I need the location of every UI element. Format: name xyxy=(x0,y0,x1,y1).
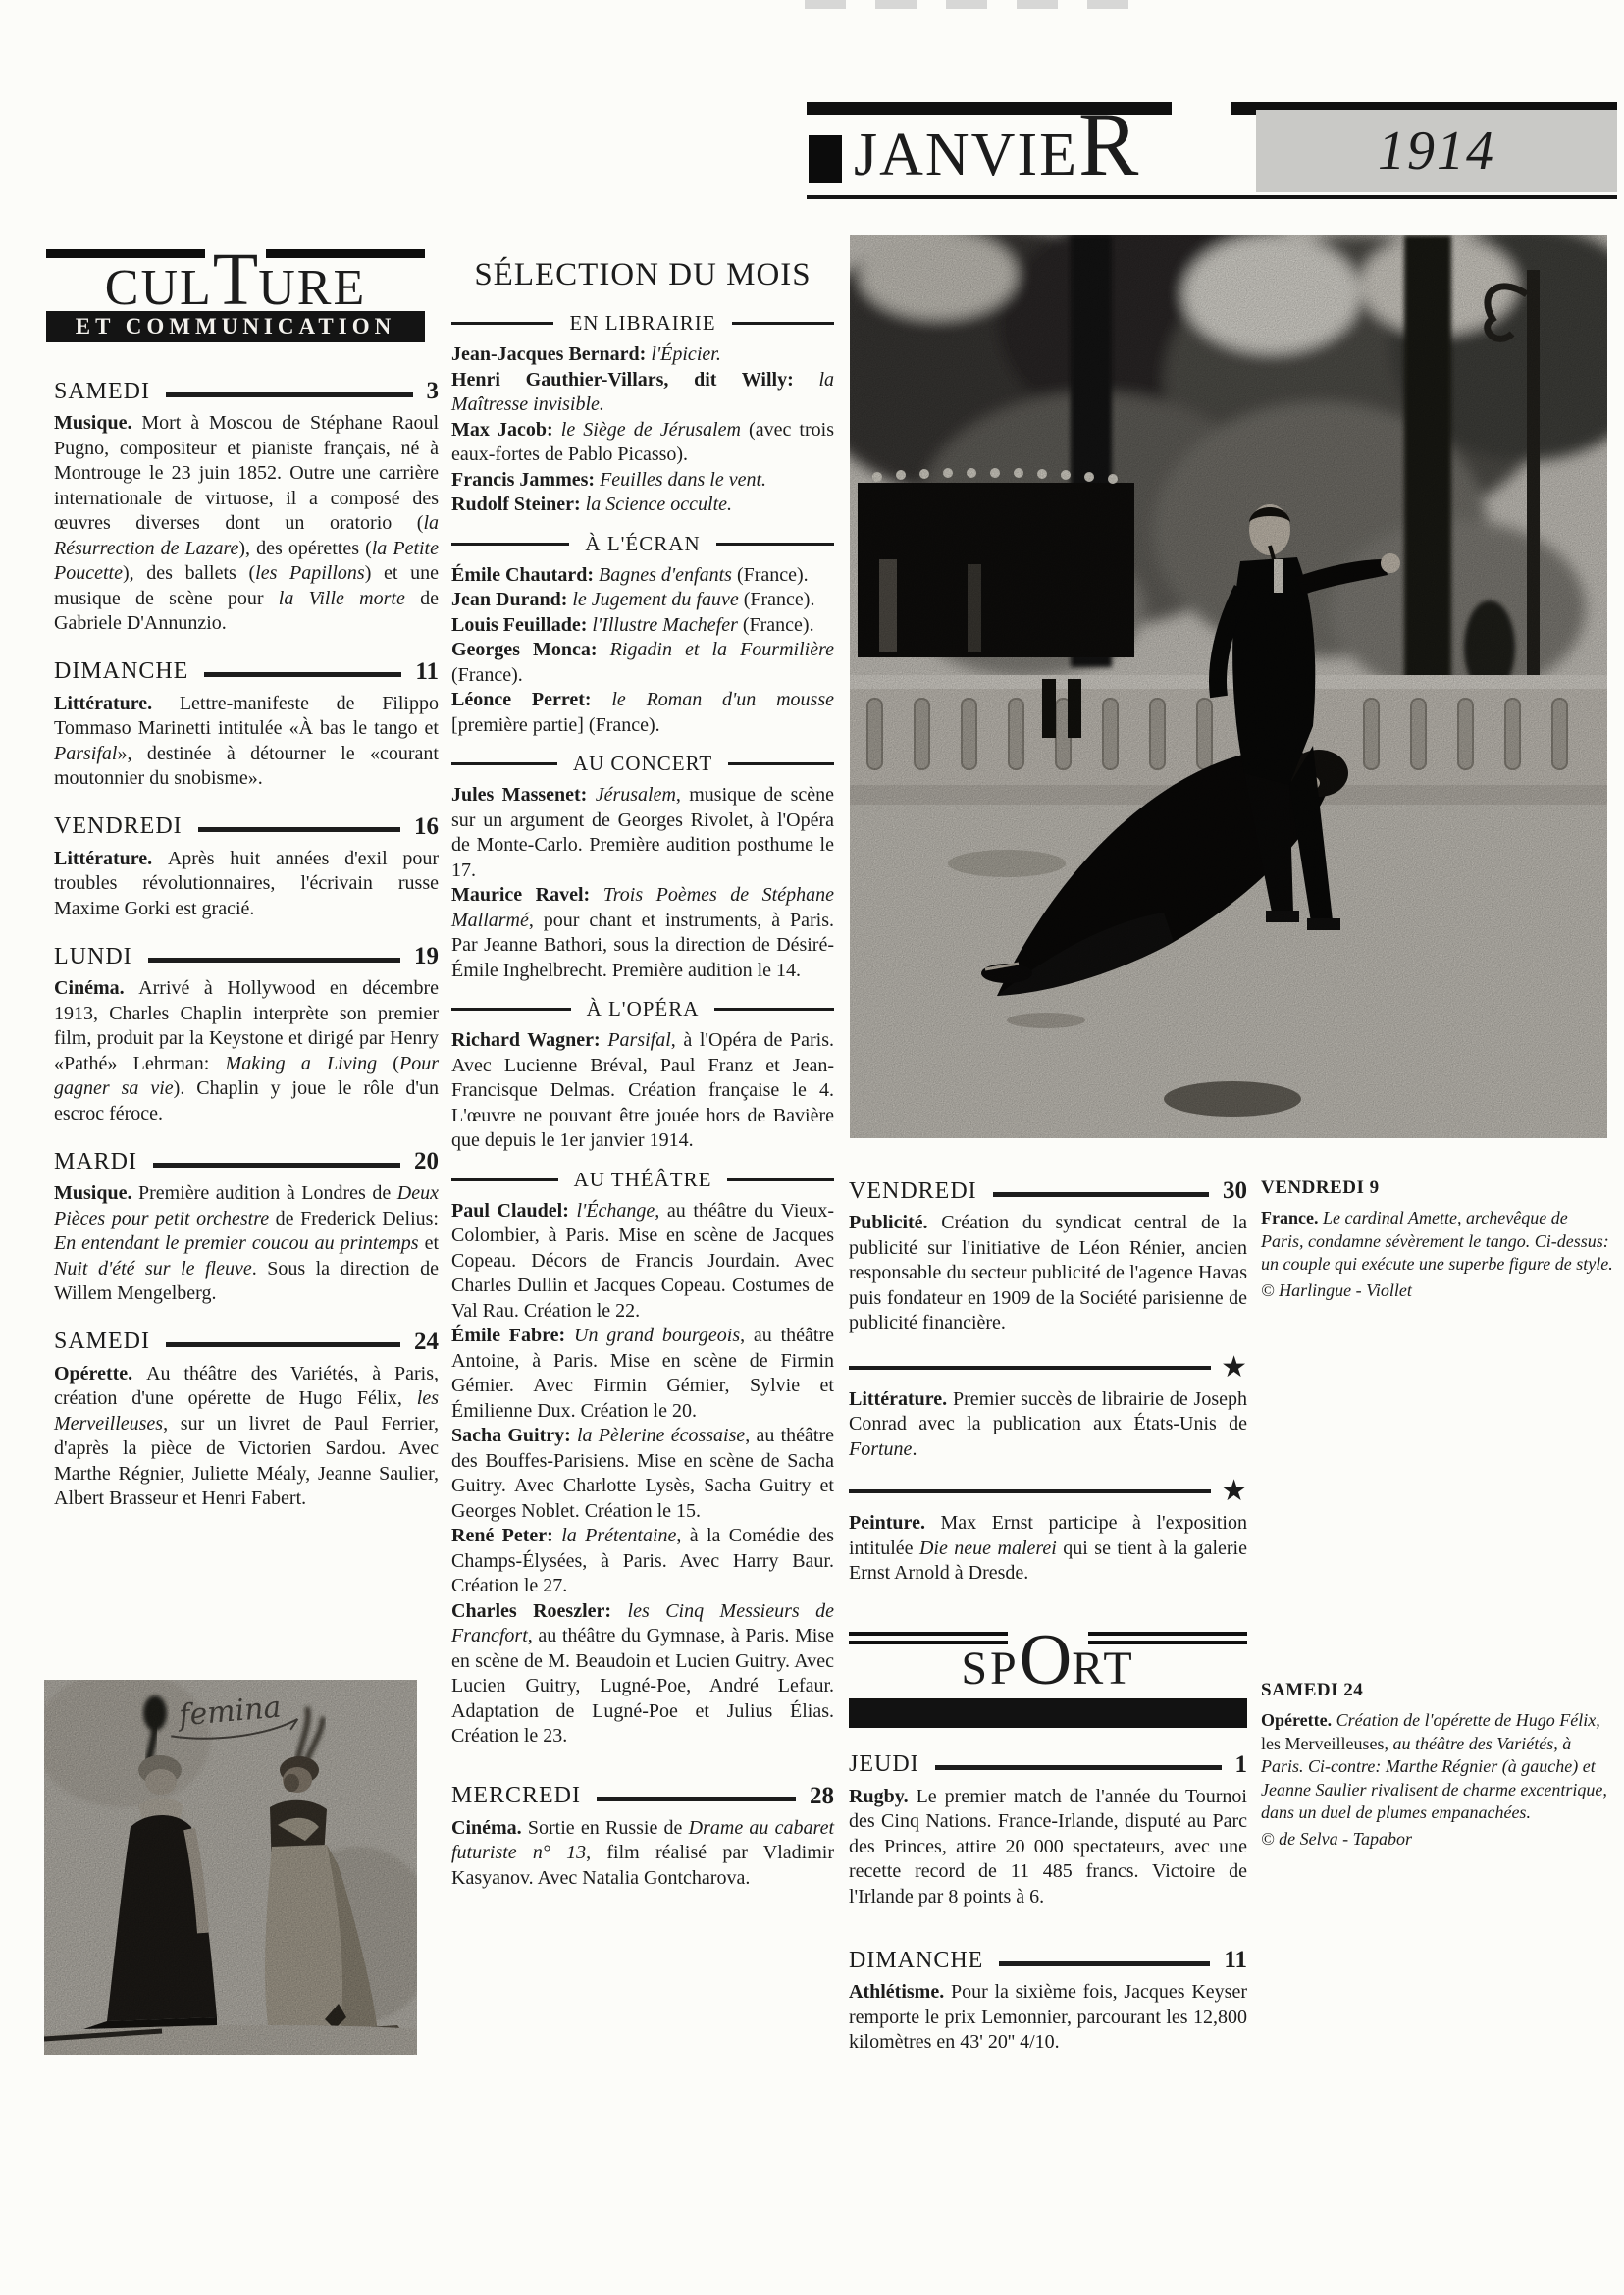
selection-section-theatre: AU THÉÂTRE Paul Claudel: l'Échange, au t… xyxy=(451,1168,834,1749)
chronicle-entry: DIMANCHE11 Athlétisme. Pour la sixième f… xyxy=(849,1947,1247,2056)
selection-section-ecran: À L'ÉCRAN Émile Chautard: Bagnes d'enfan… xyxy=(451,532,834,739)
right-column: VENDREDI30 Publicité. Création du syndic… xyxy=(849,1177,1247,2077)
chronicle-entry: MARDI20 Musique. Première audition à Lon… xyxy=(54,1148,439,1307)
selection-item: Louis Feuillade: l'Illustre Machefer (Fr… xyxy=(451,613,834,639)
tango-photo xyxy=(850,235,1607,1138)
entry-text: Littérature. Après huit années d'exil po… xyxy=(54,847,439,922)
selection-item: Henri Gauthier-Villars, dit Willy: la Ma… xyxy=(451,368,834,418)
photo-caption-tango: VENDREDI 9 France. Le cardinal Amette, a… xyxy=(1261,1177,1614,1319)
entry-text: Cinéma. Sortie en Russie de Drame au cab… xyxy=(451,1816,834,1892)
day-heading: LUNDI19 xyxy=(54,943,439,970)
left-column: SAMEDI3 Musique. Mort à Moscou de Stépha… xyxy=(54,378,439,1534)
day-heading: VENDREDI30 xyxy=(849,1177,1247,1205)
section-heading: À L'ÉCRAN xyxy=(451,532,834,556)
culture-section-header: CULTURE ET COMMUNICATION xyxy=(46,245,425,342)
selection-item: René Peter: la Prétentaine, à la Comédie… xyxy=(451,1524,834,1599)
selection-item: Paul Claudel: l'Échange, au théâtre du V… xyxy=(451,1199,834,1325)
selection-item: Émile Chautard: Bagnes d'enfants (France… xyxy=(451,563,834,589)
year-label: 1914 xyxy=(1378,120,1495,183)
femina-photo: femina xyxy=(44,1680,417,2055)
month-title-big-letter: R xyxy=(1078,100,1138,188)
star-icon: ★ xyxy=(1221,1482,1247,1501)
masthead-underline xyxy=(807,195,1617,199)
scan-marks xyxy=(805,0,1128,9)
sport-section-header: SPORT xyxy=(849,1632,1247,1728)
brief-item: Littérature. Premier succès de librairie… xyxy=(849,1387,1247,1463)
selection-item: Georges Monca: Rigadin et la Fourmilière… xyxy=(451,638,834,688)
chronicle-entry: DIMANCHE11 Littérature. Lettre-manifeste… xyxy=(54,658,439,792)
day-heading: VENDREDI16 xyxy=(54,813,439,841)
selection-item: Francis Jammes: Feuilles dans le vent. xyxy=(451,468,834,494)
photo-caption-operette: SAMEDI 24 Opérette. Création de l'opéret… xyxy=(1261,1680,1614,1867)
chronicle-entry: VENDREDI16 Littérature. Après huit année… xyxy=(54,813,439,922)
selection-title: SÉLECTION DU MOIS xyxy=(451,257,834,293)
selection-item: Sacha Guitry: la Pèlerine écossaise, au … xyxy=(451,1424,834,1524)
day-heading: SAMEDI3 xyxy=(54,378,439,405)
caption-text: France. Le cardinal Amette, archevêque d… xyxy=(1261,1207,1614,1277)
entry-text: Publicité. Création du syndicat central … xyxy=(849,1211,1247,1336)
culture-subtitle-bar: ET COMMUNICATION xyxy=(46,311,425,342)
selection-item: Richard Wagner: Parsifal, à l'Opéra de P… xyxy=(451,1028,834,1154)
entry-text: Musique. Première audition à Londres de … xyxy=(54,1181,439,1307)
month-bullet-square xyxy=(809,135,842,183)
month-title: JANVIER xyxy=(854,100,1138,190)
entry-text: Opérette. Au théâtre des Variétés, à Par… xyxy=(54,1362,439,1512)
selection-item: Jean Durand: le Jugement du fauve (Franc… xyxy=(451,588,834,613)
selection-section-opera: À L'OPÉRA Richard Wagner: Parsifal, à l'… xyxy=(451,997,834,1154)
selection-section-librairie: EN LIBRAIRIE Jean-Jacques Bernard: l'Épi… xyxy=(451,311,834,518)
chronicle-entry: SAMEDI3 Musique. Mort à Moscou de Stépha… xyxy=(54,378,439,637)
selection-item: Jules Massenet: Jérusalem, musique de sc… xyxy=(451,783,834,883)
selection-item: Léonce Perret: le Roman d'un mousse [pre… xyxy=(451,688,834,738)
selection-section-concert: AU CONCERT Jules Massenet: Jérusalem, mu… xyxy=(451,752,834,983)
day-heading: MARDI20 xyxy=(54,1148,439,1175)
entry-text: Musique. Mort à Moscou de Stéphane Raoul… xyxy=(54,411,439,637)
star-divider: ★ xyxy=(849,1482,1247,1501)
star-divider: ★ xyxy=(849,1358,1247,1378)
section-heading: EN LIBRAIRIE xyxy=(451,311,834,336)
magazine-page: JANVIER 1914 CULTURE ET COMMUNICATION SA… xyxy=(0,0,1624,2295)
day-heading: JEUDI1 xyxy=(849,1751,1247,1779)
day-heading: MERCREDI28 xyxy=(451,1783,834,1810)
sport-black-bar xyxy=(849,1698,1247,1728)
selection-column: SÉLECTION DU MOIS EN LIBRAIRIE Jean-Jacq… xyxy=(451,257,834,1912)
photo-credit: © Harlingue - Viollet xyxy=(1261,1280,1614,1301)
caption-day: SAMEDI 24 xyxy=(1261,1680,1614,1701)
entry-text: Athlétisme. Pour la sixième fois, Jacque… xyxy=(849,1980,1247,2056)
section-heading: AU CONCERT xyxy=(451,752,834,776)
year-box: 1914 xyxy=(1256,110,1617,192)
month-title-text: JANVIE xyxy=(854,111,1078,199)
culture-subtitle: ET COMMUNICATION xyxy=(76,314,395,339)
day-heading: DIMANCHE11 xyxy=(849,1947,1247,1974)
chronicle-entry: MERCREDI28 Cinéma. Sortie en Russie de D… xyxy=(451,1783,834,1892)
selection-item: Jean-Jacques Bernard: l'Épicier. xyxy=(451,342,834,368)
entry-text: Rugby. Le premier match de l'année du To… xyxy=(849,1785,1247,1910)
caption-day: VENDREDI 9 xyxy=(1261,1177,1614,1199)
selection-item: Rudolf Steiner: la Science occulte. xyxy=(451,493,834,518)
brief-item: Peinture. Max Ernst participe à l'exposi… xyxy=(849,1511,1247,1587)
entry-text: Littérature. Lettre-manifeste de Filippo… xyxy=(54,692,439,792)
selection-item: Maurice Ravel: Trois Poèmes de Stéphane … xyxy=(451,883,834,983)
chronicle-entry: LUNDI19 Cinéma. Arrivé à Hollywood en dé… xyxy=(54,943,439,1126)
selection-item: Émile Fabre: Un grand bourgeois, au théâ… xyxy=(451,1324,834,1424)
star-icon: ★ xyxy=(1221,1358,1247,1378)
photo-credit: © de Selva - Tapabor xyxy=(1261,1829,1614,1850)
chronicle-entry: SAMEDI24 Opérette. Au théâtre des Variét… xyxy=(54,1329,439,1512)
section-heading: À L'OPÉRA xyxy=(451,997,834,1021)
entry-text: Cinéma. Arrivé à Hollywood en décembre 1… xyxy=(54,976,439,1126)
day-heading: SAMEDI24 xyxy=(54,1329,439,1356)
caption-text: Opérette. Création de l'opérette de Hugo… xyxy=(1261,1709,1614,1825)
selection-item: Charles Roeszler: les Cinq Messieurs de … xyxy=(451,1599,834,1749)
section-heading: AU THÉÂTRE xyxy=(451,1168,834,1192)
chronicle-entry: JEUDI1 Rugby. Le premier match de l'anné… xyxy=(849,1751,1247,1910)
chronicle-entry: VENDREDI30 Publicité. Création du syndic… xyxy=(849,1177,1247,1336)
day-heading: DIMANCHE11 xyxy=(54,658,439,686)
selection-item: Max Jacob: le Siège de Jérusalem (avec t… xyxy=(451,418,834,468)
